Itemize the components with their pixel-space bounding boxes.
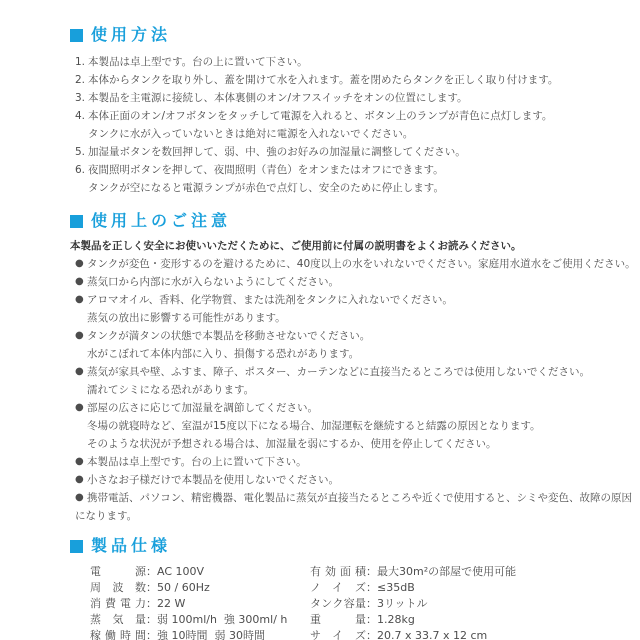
step-number: 1. xyxy=(75,53,88,71)
spec-row-consumption: 消費電力 ： 22 W xyxy=(90,596,310,612)
caution-item-7: ● 本製品は卓上型です。台の上に置いて下さい。 xyxy=(75,453,624,471)
step-number: 4. xyxy=(75,107,88,125)
bullet-icon: ● xyxy=(75,399,87,417)
spec-column-right: 有効面積 ： 最大30m²の部屋で使用可能 ノイズ ： ≤35dB タンク容量 … xyxy=(310,564,624,640)
caution-item-9: ● 携帯電話、パソコン、精密機器、電化製品に蒸気が直接当たるところや近くで使用す… xyxy=(75,489,624,507)
spec-colon: ： xyxy=(366,596,377,612)
spec-label: 稼働時間 xyxy=(90,628,146,640)
cautions-section: 使用上のご注意 本製品を正しく安全にお使いいただくために、ご使用前に付属の説明書… xyxy=(70,212,624,525)
spec-value: 強 10時間 弱 30時間 xyxy=(157,628,265,640)
spec-colon: ： xyxy=(146,580,157,596)
cautions-section-title: 使用上のご注意 xyxy=(70,212,624,230)
spec-value: 弱 100ml/h 強 300ml/ h xyxy=(157,612,287,628)
usage-step-6: 6. 夜間照明ボタンを押して、夜間照明（青色）をオンまたはオフにできます。 xyxy=(75,161,624,179)
caution-text: 本製品は卓上型です。台の上に置いて下さい。 xyxy=(87,453,307,471)
caution-item-4-note: 水がこぼれて本体内部に入り、損傷する恐れがあります。 xyxy=(75,345,624,363)
specs-section: 製品仕様 電源 ： AC 100V 周波数 ： 50 / 60Hz 消費電力 ：… xyxy=(70,537,624,640)
spec-colon: ： xyxy=(366,612,377,628)
caution-list: ● タンクが変色・変形するのを避けるために、40度以上の水をいれないでください。… xyxy=(75,255,624,525)
spec-label: 周波数 xyxy=(90,580,146,596)
caution-item-3-note: 蒸気の放出に影響する可能性があります。 xyxy=(75,309,624,327)
spec-row-area: 有効面積 ： 最大30m²の部屋で使用可能 xyxy=(310,564,624,580)
caution-item-8: ● 小さなお子様だけで本製品を使用しないでください。 xyxy=(75,471,624,489)
bullet-icon: ● xyxy=(75,273,87,291)
spec-value: 22 W xyxy=(157,596,185,612)
spec-row-size: サイズ ： 20.7 x 33.7 x 12 cm xyxy=(310,628,624,640)
caution-item-6-note-2: そのような状況が予想される場合は、加湿量を弱にするか、使用を停止してください。 xyxy=(75,435,624,453)
spec-colon: ： xyxy=(146,612,157,628)
caution-item-5-note: 濡れてシミになる恐れがあります。 xyxy=(75,381,624,399)
caution-item-6: ● 部屋の広さに応じて加湿量を調節してください。 xyxy=(75,399,624,417)
step-text: 本体正面のオン/オフボタンをタッチして電源を入れると、ボタン上のランプが青色に点… xyxy=(88,107,552,125)
spec-value: 50 / 60Hz xyxy=(157,580,210,596)
section-square-icon xyxy=(70,215,83,228)
bullet-icon: ● xyxy=(75,453,87,471)
caution-item-4: ● タンクが満タンの状態で本製品を移動させないでください。 xyxy=(75,327,624,345)
spec-colon: ： xyxy=(146,628,157,640)
spec-column-left: 電源 ： AC 100V 周波数 ： 50 / 60Hz 消費電力 ： 22 W… xyxy=(90,564,310,640)
spec-colon: ： xyxy=(366,580,377,596)
spec-colon: ： xyxy=(146,564,157,580)
usage-step-2: 2. 本体からタンクを取り外し、蓋を開けて水を入れます。蓋を閉めたらタンクを正し… xyxy=(75,71,624,89)
caution-text: 蒸気口から内部に水が入らないようにしてください。 xyxy=(87,273,339,291)
spec-value: 3リットル xyxy=(377,596,428,612)
spec-row-tank: タンク容量 ： 3リットル xyxy=(310,596,624,612)
spec-value: ≤35dB xyxy=(377,580,415,596)
caution-text: 小さなお子様だけで本製品を使用しないでください。 xyxy=(87,471,339,489)
spec-colon: ： xyxy=(366,628,377,640)
usage-section-title: 使用方法 xyxy=(70,26,624,44)
spec-label: ノイズ xyxy=(310,580,366,596)
spec-value: AC 100V xyxy=(157,564,204,580)
bullet-icon: ● xyxy=(75,471,87,489)
usage-step-4: 4. 本体正面のオン/オフボタンをタッチして電源を入れると、ボタン上のランプが青… xyxy=(75,107,624,125)
cautions-title-text: 使用上のご注意 xyxy=(91,212,231,230)
spec-colon: ： xyxy=(146,596,157,612)
caution-item-5: ● 蒸気が家具や壁、ふすま、障子、ポスター、カーテンなどに直接当たるところでは使… xyxy=(75,363,624,381)
usage-section: 使用方法 1. 本製品は卓上型です。台の上に置いて下さい。 2. 本体からタンク… xyxy=(70,26,624,197)
spec-value: 最大30m²の部屋で使用可能 xyxy=(377,564,516,580)
usage-title-text: 使用方法 xyxy=(91,26,171,44)
caution-item-6-note-1: 冬場の就寝時など、室温が15度以下になる場合、加湿運転を継続すると結露の原因とな… xyxy=(75,417,624,435)
caution-text: 部屋の広さに応じて加湿量を調節してください。 xyxy=(87,399,318,417)
step-text: 加湿量ボタンを数回押して、弱、中、強のお好みの加湿量に調整してください。 xyxy=(88,143,466,161)
usage-step-5: 5. 加湿量ボタンを数回押して、弱、中、強のお好みの加湿量に調整してください。 xyxy=(75,143,624,161)
spec-row-frequency: 周波数 ： 50 / 60Hz xyxy=(90,580,310,596)
caution-text: 携帯電話、パソコン、精密機器、電化製品に蒸気が直接当たるところや近くで使用すると… xyxy=(87,489,632,507)
caution-text: 蒸気が家具や壁、ふすま、障子、ポスター、カーテンなどに直接当たるところでは使用し… xyxy=(87,363,590,381)
caution-item-2: ● 蒸気口から内部に水が入らないようにしてください。 xyxy=(75,273,624,291)
caution-text: アロマオイル、香料、化学物質、または洗剤をタンクに入れないでください。 xyxy=(87,291,453,309)
spec-colon: ： xyxy=(366,564,377,580)
usage-step-list: 1. 本製品は卓上型です。台の上に置いて下さい。 2. 本体からタンクを取り外し… xyxy=(75,53,624,197)
step-text: 夜間照明ボタンを押して、夜間照明（青色）をオンまたはオフにできます。 xyxy=(88,161,444,179)
step-number: 3. xyxy=(75,89,88,107)
section-square-icon xyxy=(70,540,83,553)
bullet-icon: ● xyxy=(75,363,87,381)
bullet-icon: ● xyxy=(75,291,87,309)
usage-step-1: 1. 本製品は卓上型です。台の上に置いて下さい。 xyxy=(75,53,624,71)
spec-row-weight: 重量 ： 1.28kg xyxy=(310,612,624,628)
spec-label: 有効面積 xyxy=(310,564,366,580)
caution-text: タンクが満タンの状態で本製品を移動させないでください。 xyxy=(87,327,370,345)
spec-table: 電源 ： AC 100V 周波数 ： 50 / 60Hz 消費電力 ： 22 W… xyxy=(90,564,624,640)
section-square-icon xyxy=(70,29,83,42)
step-number: 5. xyxy=(75,143,88,161)
step-text: 本製品を主電源に接続し、本体裏側のオン/オフスイッチをオンの位置にします。 xyxy=(88,89,468,107)
step-number: 2. xyxy=(75,71,88,89)
usage-step-4-note: タンクに水が入っていないときは絶対に電源を入れないでください。 xyxy=(75,125,624,143)
caution-item-3: ● アロマオイル、香料、化学物質、または洗剤をタンクに入れないでください。 xyxy=(75,291,624,309)
caution-item-9-continuation: になります。 xyxy=(75,507,624,525)
spec-row-noise: ノイズ ： ≤35dB xyxy=(310,580,624,596)
spec-value: 20.7 x 33.7 x 12 cm xyxy=(377,628,487,640)
bullet-icon: ● xyxy=(75,327,87,345)
step-text: 本製品は卓上型です。台の上に置いて下さい。 xyxy=(88,53,308,71)
usage-step-6-note: タンクが空になると電源ランプが赤色で点灯し、安全のために停止します。 xyxy=(75,179,624,197)
spec-label: 蒸気量 xyxy=(90,612,146,628)
cautions-intro: 本製品を正しく安全にお使いいただくために、ご使用前に付属の説明書をよくお読みくだ… xyxy=(70,237,624,255)
spec-value: 1.28kg xyxy=(377,612,415,628)
spec-label: 電源 xyxy=(90,564,146,580)
spec-row-power: 電源 ： AC 100V xyxy=(90,564,310,580)
spec-label: 消費電力 xyxy=(90,596,146,612)
bullet-icon: ● xyxy=(75,255,87,273)
step-text: 本体からタンクを取り外し、蓋を開けて水を入れます。蓋を閉めたらタンクを正しく取り… xyxy=(88,71,558,89)
bullet-icon: ● xyxy=(75,489,87,507)
caution-text: タンクが変色・変形するのを避けるために、40度以上の水をいれないでください。家庭… xyxy=(87,255,636,273)
spec-row-runtime: 稼働時間 ： 強 10時間 弱 30時間 xyxy=(90,628,310,640)
spec-label: サイズ xyxy=(310,628,366,640)
spec-row-steam: 蒸気量 ： 弱 100ml/h 強 300ml/ h xyxy=(90,612,310,628)
usage-step-3: 3. 本製品を主電源に接続し、本体裏側のオン/オフスイッチをオンの位置にします。 xyxy=(75,89,624,107)
specs-title-text: 製品仕様 xyxy=(91,537,171,555)
specs-section-title: 製品仕様 xyxy=(70,537,624,555)
step-number: 6. xyxy=(75,161,88,179)
product-manual-page: 使用方法 1. 本製品は卓上型です。台の上に置いて下さい。 2. 本体からタンク… xyxy=(0,0,640,640)
spec-label: 重量 xyxy=(310,612,366,628)
spec-label: タンク容量 xyxy=(310,596,366,612)
caution-item-1: ● タンクが変色・変形するのを避けるために、40度以上の水をいれないでください。… xyxy=(75,255,624,273)
